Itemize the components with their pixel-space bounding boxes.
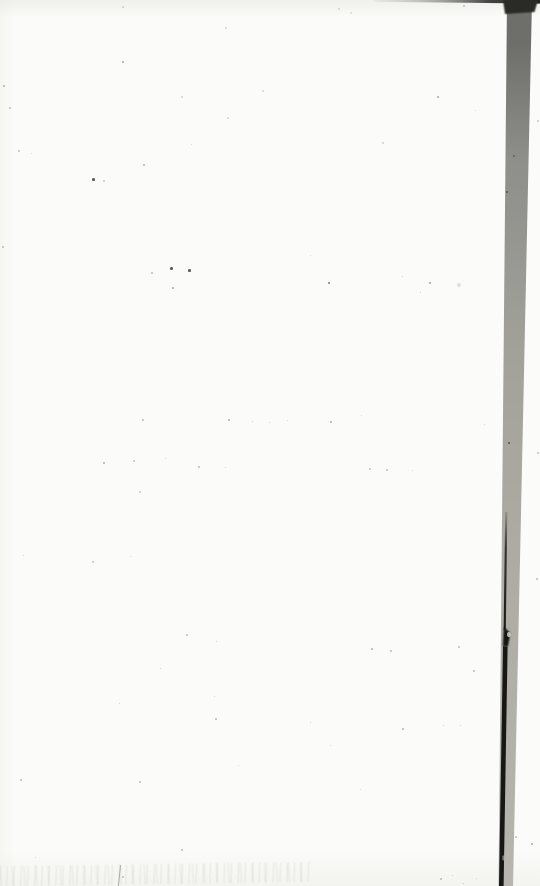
paper-speck bbox=[310, 722, 311, 723]
paper-speck bbox=[515, 836, 517, 838]
paper-speck bbox=[531, 843, 533, 845]
paper-speck bbox=[473, 670, 475, 672]
paper-speck bbox=[420, 292, 421, 293]
paper-speck bbox=[92, 178, 95, 181]
paper-speck bbox=[452, 875, 453, 876]
paper-speck bbox=[3, 85, 5, 87]
paper-speck bbox=[215, 718, 217, 720]
paper-speck bbox=[338, 8, 340, 10]
paper-speck bbox=[151, 272, 153, 274]
paper-speck bbox=[20, 779, 22, 781]
paper-speck bbox=[330, 421, 332, 423]
paper-speck bbox=[181, 96, 183, 98]
paper-speck bbox=[142, 419, 144, 421]
paper-speck bbox=[463, 5, 465, 7]
paper-speck bbox=[18, 150, 20, 152]
paper-speck bbox=[513, 155, 515, 157]
paper-speck bbox=[475, 110, 476, 111]
paper-speck bbox=[429, 282, 431, 284]
paper-speck bbox=[238, 765, 239, 766]
paper-speck bbox=[390, 650, 392, 652]
paper-speck bbox=[23, 555, 24, 556]
paper-speck bbox=[122, 61, 124, 63]
paper-speck bbox=[35, 857, 36, 858]
paper-speck bbox=[31, 153, 32, 154]
paper-speck bbox=[506, 191, 508, 193]
paper-speck bbox=[402, 276, 403, 277]
paper-speck bbox=[330, 745, 331, 746]
paper-speck bbox=[160, 668, 161, 669]
paper-speck bbox=[227, 117, 229, 119]
paper-speck bbox=[122, 6, 124, 8]
paper-speck bbox=[484, 424, 485, 425]
paper-speck bbox=[437, 96, 439, 98]
paper-speck bbox=[371, 648, 373, 650]
paper-speck bbox=[536, 578, 538, 580]
paper-speck bbox=[214, 696, 215, 697]
paper-speck bbox=[382, 142, 384, 144]
paper-speck bbox=[139, 491, 141, 493]
paper-speck bbox=[402, 728, 404, 730]
paper-speck bbox=[458, 646, 460, 648]
paper-speck bbox=[216, 641, 217, 642]
paper-speck bbox=[172, 287, 174, 289]
paper-speck bbox=[443, 725, 444, 726]
paper-speck bbox=[165, 458, 166, 459]
paper-speck bbox=[188, 269, 191, 272]
paper-speck bbox=[537, 452, 539, 454]
paper-speck bbox=[92, 561, 94, 563]
paper-speck bbox=[103, 462, 105, 464]
paper-speck bbox=[361, 415, 362, 416]
paper-speck bbox=[170, 267, 173, 270]
paper-speck bbox=[476, 878, 477, 879]
paper-speck bbox=[133, 460, 135, 462]
paper-speck bbox=[143, 164, 145, 166]
paper-speck bbox=[412, 470, 413, 471]
paper-speck bbox=[460, 725, 461, 726]
paper-speck bbox=[537, 120, 539, 122]
paper-speck bbox=[269, 422, 270, 423]
paper-speck bbox=[328, 282, 330, 284]
paper-speck bbox=[198, 466, 200, 468]
paper-specks-layer bbox=[0, 0, 540, 886]
paper-speck bbox=[228, 419, 230, 421]
paper-speck bbox=[508, 442, 510, 444]
paper-speck bbox=[350, 12, 352, 14]
paper-speck bbox=[181, 849, 183, 851]
paper-speck bbox=[440, 878, 442, 880]
paper-speck bbox=[191, 144, 192, 145]
paper-speck bbox=[139, 781, 141, 783]
paper-speck bbox=[369, 468, 371, 470]
paper-speck bbox=[9, 107, 11, 109]
scanned-page bbox=[0, 0, 540, 886]
paper-speck bbox=[262, 90, 264, 92]
paper-speck bbox=[2, 246, 4, 248]
paper-speck bbox=[252, 421, 253, 422]
paper-speck bbox=[463, 883, 464, 884]
paper-speck bbox=[287, 420, 288, 421]
paper-speck bbox=[225, 27, 227, 29]
paper-speck bbox=[122, 876, 124, 878]
paper-speck bbox=[103, 180, 105, 182]
paper-speck bbox=[360, 789, 361, 790]
paper-speck bbox=[310, 255, 311, 256]
paper-speck bbox=[457, 283, 461, 287]
paper-speck bbox=[225, 467, 226, 468]
paper-speck bbox=[119, 703, 120, 704]
paper-speck bbox=[386, 469, 388, 471]
paper-speck bbox=[186, 634, 188, 636]
paper-speck bbox=[130, 556, 131, 557]
